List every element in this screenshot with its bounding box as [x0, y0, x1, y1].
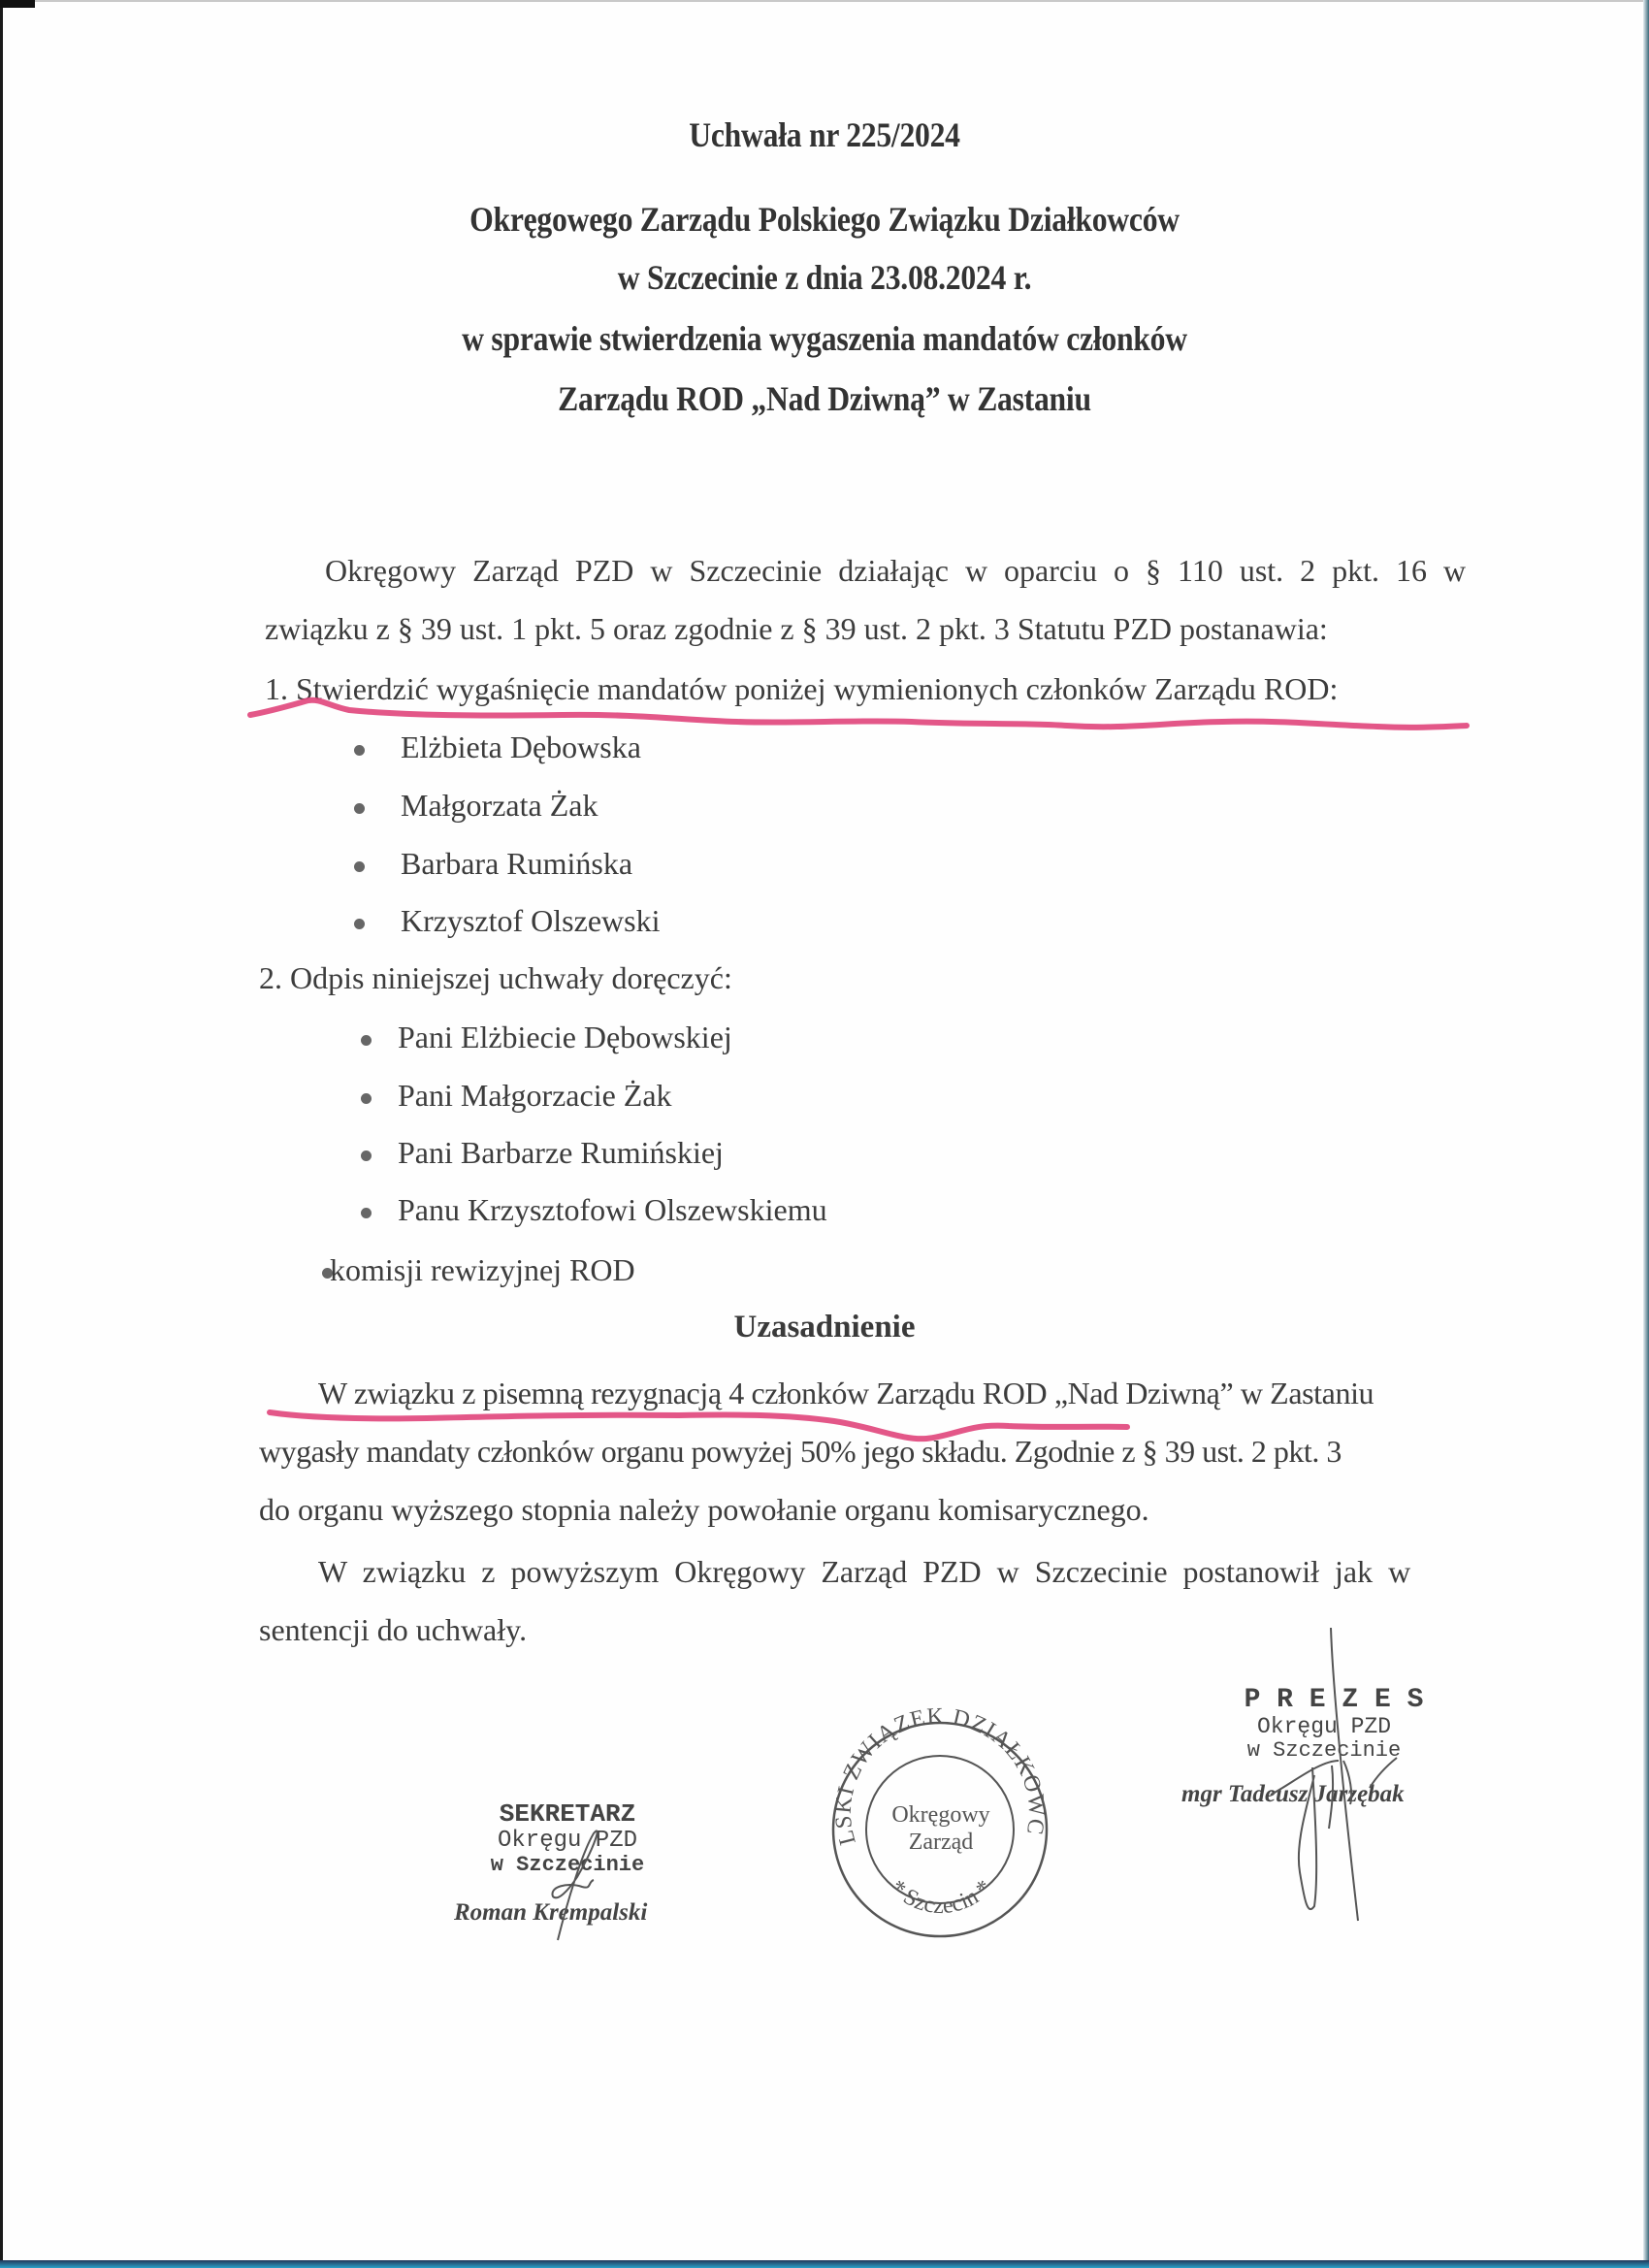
secretary-signature	[552, 1831, 597, 1940]
scanned-page: Uchwała nr 225/2024 Okręgowego Zarządu P…	[0, 0, 1649, 2268]
highlight-underline-justification	[270, 1412, 1127, 1439]
handwritten-marks	[0, 0, 1649, 2268]
president-signature	[1271, 1628, 1397, 1921]
highlight-underline-item1	[250, 700, 1467, 728]
